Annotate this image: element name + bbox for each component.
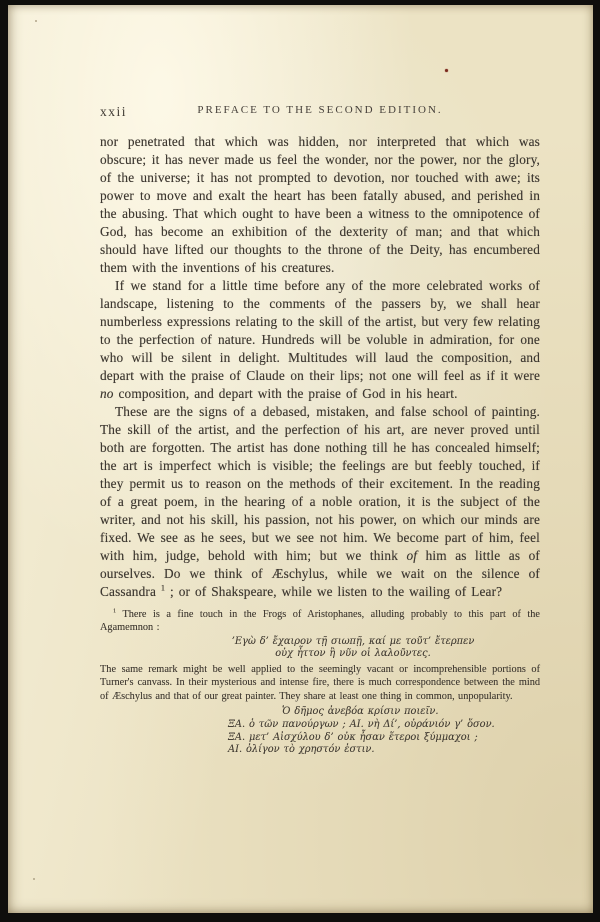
body-paragraph-3: These are the signs of a debased, mistak… (100, 403, 540, 601)
red-foxing-speck (445, 69, 448, 72)
paper-speck (33, 878, 35, 880)
footnote-note-1: 1 There is a fine touch in the Frogs of … (100, 608, 540, 635)
greek-line: ΞΑ. μετ’ Αἰσχύλου δ’ οὐκ ἦσαν ἕτεροι ξύμ… (228, 732, 540, 745)
greek-line: ΞΑ. ὁ τῶν πανούργων ; ΑΙ. νὴ Δί’, οὐράνι… (228, 719, 540, 732)
running-header-title: PREFACE TO THE SECOND EDITION. (197, 104, 442, 116)
greek-line: ’Εγὼ δ’ ἔχαιρον τῇ σιωπῇ, καί με τοῦτ’ ἔ… (166, 636, 540, 649)
text-column: xxii PREFACE TO THE SECOND EDITION. nor … (100, 104, 540, 757)
page-number: xxii (100, 104, 127, 120)
scanned-book-page: { "page": { "number": "xxii", "header": … (0, 0, 600, 922)
greek-line: οὐχ ἧττον ἢ νῦν οἱ λαλοῦντες. (166, 648, 540, 661)
body-paragraph-2: If we stand for a little time before any… (100, 277, 540, 403)
greek-line: ΑΙ. ὀλίγον τὸ χρηστόν ἐστιν. (228, 744, 540, 757)
paper-speck (35, 20, 37, 22)
greek-quotation-1: ’Εγὼ δ’ ἔχαιρον τῇ σιωπῇ, καί με τοῦτ’ ἔ… (100, 636, 540, 662)
running-header-row: xxii PREFACE TO THE SECOND EDITION. (100, 104, 540, 120)
greek-quotation-2: Ὁ δῆμος ἀνεβόα κρίσιν ποιεῖν. ΞΑ. ὁ τῶν … (228, 706, 540, 757)
body-paragraph-1: nor penetrated that which was hidden, no… (100, 133, 540, 277)
footnote-note-2: The same remark might be well applied to… (100, 663, 540, 703)
footnote-block: 1 There is a fine touch in the Frogs of … (100, 608, 540, 757)
greek-line: Ὁ δῆμος ἀνεβόα κρίσιν ποιεῖν. (282, 706, 540, 719)
body-text: nor penetrated that which was hidden, no… (100, 133, 540, 601)
book-page-paper: xxii PREFACE TO THE SECOND EDITION. nor … (8, 5, 593, 913)
